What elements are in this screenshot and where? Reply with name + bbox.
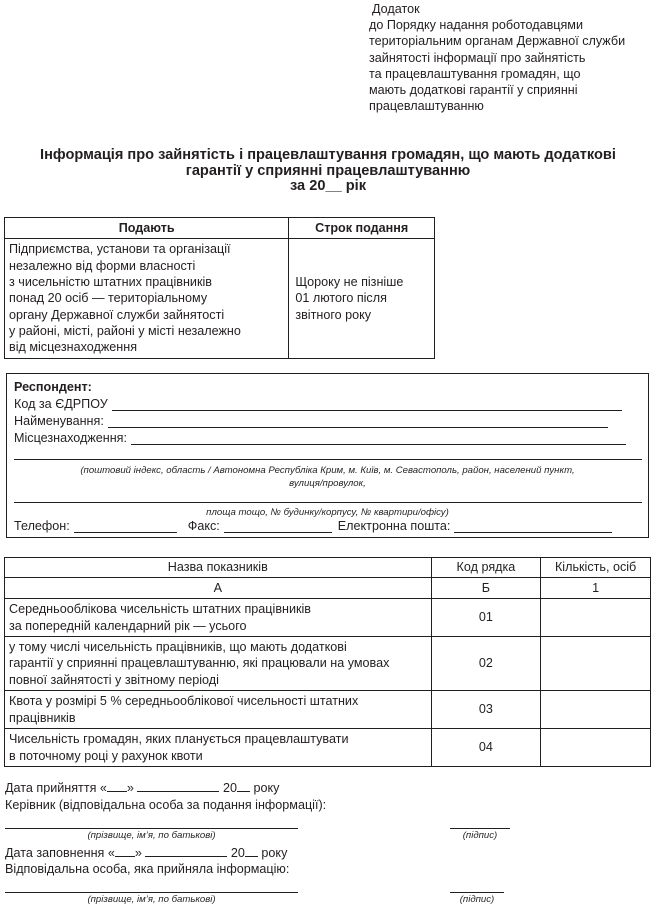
receiver-signature-line[interactable] (450, 892, 504, 893)
column-header: Кількість, осіб (541, 558, 651, 578)
text-line: Підприємства, установи та організації (9, 241, 286, 257)
year-field[interactable] (245, 845, 258, 857)
respondent-box: Респондент: Код за ЄДРПОУ Найменування: … (6, 373, 649, 538)
column-header: Назва показників (5, 558, 432, 578)
quote-close: » (135, 846, 142, 860)
quote-close: » (127, 781, 134, 795)
day-field[interactable] (107, 780, 127, 792)
row-code: 03 (431, 691, 541, 729)
indicator-name: Чисельність громадян, яких планується пр… (5, 729, 432, 767)
text-line: у тому числі чисельність працівників, що… (9, 639, 431, 655)
name-label: Найменування: (14, 414, 104, 428)
name-field[interactable] (108, 415, 608, 428)
text-line: працівників (9, 710, 431, 726)
table-row: Середньооблікова чисельність штатних пра… (5, 599, 651, 637)
indicator-name: у тому числі чисельність працівників, що… (5, 637, 432, 691)
year-field[interactable] (237, 780, 250, 792)
email-label: Електронна пошта: (338, 519, 451, 533)
edrpou-field[interactable] (112, 398, 622, 411)
column-subheader: А (5, 578, 432, 599)
text-line: Щороку не пізніше (295, 274, 434, 290)
fill-date-row: Дата заповнення «» 20 року (5, 845, 287, 860)
text-line: у районі, місті, районі у місті незалежн… (9, 323, 286, 339)
text-line: гарантії у сприянні працевлаштуванню, як… (9, 655, 431, 671)
text-line: органу Державної служби зайнятості (9, 307, 286, 323)
table-row: Чисельність громадян, яких планується пр… (5, 729, 651, 767)
year-prefix: 20 (223, 781, 237, 795)
text-line: Середньооблікова чисельність штатних пра… (9, 601, 431, 617)
fax-field[interactable] (224, 520, 332, 533)
submission-table: Подають Строк подання Підприємства, уста… (4, 217, 435, 359)
column-header: Строк подання (289, 218, 435, 239)
fax-label: Факс: (188, 519, 220, 533)
table-row: у тому числі чисельність працівників, що… (5, 637, 651, 691)
note-line: (поштовий індекс, область / Автономна Ре… (7, 464, 648, 477)
address-note: (поштовий індекс, область / Автономна Ре… (7, 464, 648, 490)
deadline-cell: Щороку не пізніше 01 лютого після звітно… (289, 239, 435, 359)
receiver-label: Відповідальна особа, яка прийняла інформ… (5, 862, 289, 876)
submitters-cell: Підприємства, установи та організації не… (5, 239, 289, 359)
respondent-heading: Респондент: (14, 380, 92, 394)
day-field[interactable] (115, 845, 135, 857)
quantity-cell[interactable] (541, 729, 651, 767)
text-line: понад 20 осіб — територіальному (9, 290, 286, 306)
address-note-2: площа тощо, № будинку/корпусу, № квартир… (7, 506, 648, 519)
location-label: Місцезнаходження: (14, 431, 127, 445)
address-line-2[interactable] (14, 502, 642, 503)
indicator-name: Середньооблікова чисельність штатних пра… (5, 599, 432, 637)
fullname-note: (прізвище, ім’я, по батькові) (5, 894, 298, 905)
text-line: за попередній календарний рік — усього (9, 618, 431, 634)
quantity-cell[interactable] (541, 691, 651, 729)
appendix-line: територіальним органам Державної служби (369, 33, 656, 49)
text-line: від місцезнаходження (9, 339, 286, 355)
quantity-cell[interactable] (541, 599, 651, 637)
title-line: Інформація про зайнятість і працевлаштув… (0, 148, 656, 164)
month-field[interactable] (137, 780, 219, 792)
year-prefix: 20 (231, 846, 245, 860)
appendix-line: зайнятості інформації про зайнятість (369, 50, 656, 66)
text-line: Чисельність громадян, яких планується пр… (9, 731, 431, 747)
fill-date-label: Дата заповнення « (5, 846, 115, 860)
column-header: Код рядка (431, 558, 541, 578)
appendix-line: Додаток (369, 1, 656, 17)
phone-label: Телефон: (14, 519, 70, 533)
edrpou-label: Код за ЄДРПОУ (14, 397, 108, 411)
year-suffix: року (253, 781, 279, 795)
manager-label: Керівник (відповідальна особа за подання… (5, 798, 326, 812)
address-line-1[interactable] (14, 459, 642, 460)
row-code: 01 (431, 599, 541, 637)
quantity-cell[interactable] (541, 637, 651, 691)
appendix-line: мають додаткові гарантії у сприянні (369, 82, 656, 98)
appendix-line: до Порядку надання роботодавцями (369, 17, 656, 33)
acceptance-date-row: Дата прийняття «» 20 року (5, 780, 279, 795)
text-line: незалежно від форми власності (9, 258, 286, 274)
row-code: 04 (431, 729, 541, 767)
note-line: вулиця/провулок, (7, 477, 648, 490)
text-line: 01 лютого після (295, 290, 434, 306)
location-field[interactable] (131, 432, 626, 445)
acceptance-date-label: Дата прийняття « (5, 781, 107, 795)
fullname-note: (прізвище, ім’я, по батькові) (5, 830, 298, 841)
phone-field[interactable] (74, 520, 177, 533)
indicators-table: Назва показників Код рядка Кількість, ос… (4, 557, 651, 767)
signature-note: (підпис) (440, 830, 520, 841)
email-field[interactable] (454, 520, 612, 533)
column-subheader: Б (431, 578, 541, 599)
text-line: в поточному році у рахунок квоти (9, 748, 431, 764)
month-field[interactable] (145, 845, 227, 857)
text-line: повної зайнятості у звітному періоді (9, 672, 431, 688)
appendix-note: Додаток до Порядку надання роботодавцями… (369, 1, 656, 114)
manager-fullname-line[interactable] (5, 828, 298, 829)
text-line: звітного року (295, 307, 434, 323)
appendix-line: та працевлаштування громадян, що (369, 66, 656, 82)
column-header: Подають (5, 218, 289, 239)
title-line: гарантії у сприянні працевлаштуванню (0, 164, 656, 180)
receiver-fullname-line[interactable] (5, 892, 298, 893)
row-code: 02 (431, 637, 541, 691)
year-suffix: року (261, 846, 287, 860)
column-subheader: 1 (541, 578, 651, 599)
text-line: Квота у розмірі 5 % середньооблікової чи… (9, 693, 431, 709)
appendix-line: працевлаштуванню (369, 98, 656, 114)
signature-note: (підпис) (437, 894, 517, 905)
indicator-name: Квота у розмірі 5 % середньооблікової чи… (5, 691, 432, 729)
text-line: з чисельністю штатних працівників (9, 274, 286, 290)
title-line: за 20__ рік (0, 179, 656, 195)
table-row: Квота у розмірі 5 % середньооблікової чи… (5, 691, 651, 729)
manager-signature-line[interactable] (450, 828, 510, 829)
document-title: Інформація про зайнятість і працевлаштув… (0, 148, 656, 195)
